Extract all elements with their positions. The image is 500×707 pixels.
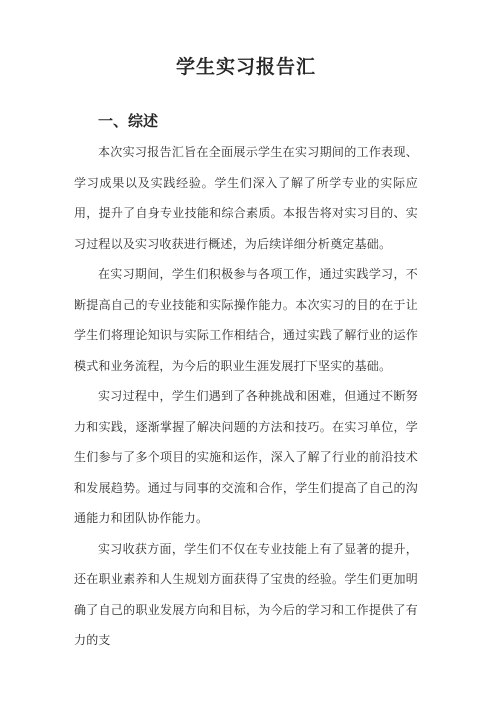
- section-heading-overview: 一、综述: [74, 111, 418, 133]
- document-page: 学生实习报告汇 一、综述 本次实习报告汇旨在全面展示学生在实习期间的工作表现、学…: [0, 0, 500, 707]
- paragraph-3: 实习过程中，学生们遇到了各种挑战和困难，但通过不断努力和实践，逐渐掌握了解决问题…: [74, 381, 418, 534]
- document-title: 学生实习报告汇: [74, 55, 418, 81]
- document-body: 本次实习报告汇旨在全面展示学生在实习期间的工作表现、学习成果以及实践经验。学生们…: [74, 137, 418, 656]
- paragraph-1: 本次实习报告汇旨在全面展示学生在实习期间的工作表现、学习成果以及实践经验。学生们…: [74, 137, 418, 259]
- paragraph-2: 在实习期间，学生们积极参与各项工作，通过实践学习，不断提高自己的专业技能和实际操…: [74, 259, 418, 381]
- paragraph-4: 实习收获方面，学生们不仅在专业技能上有了显著的提升，还在职业素养和人生规划方面获…: [74, 534, 418, 656]
